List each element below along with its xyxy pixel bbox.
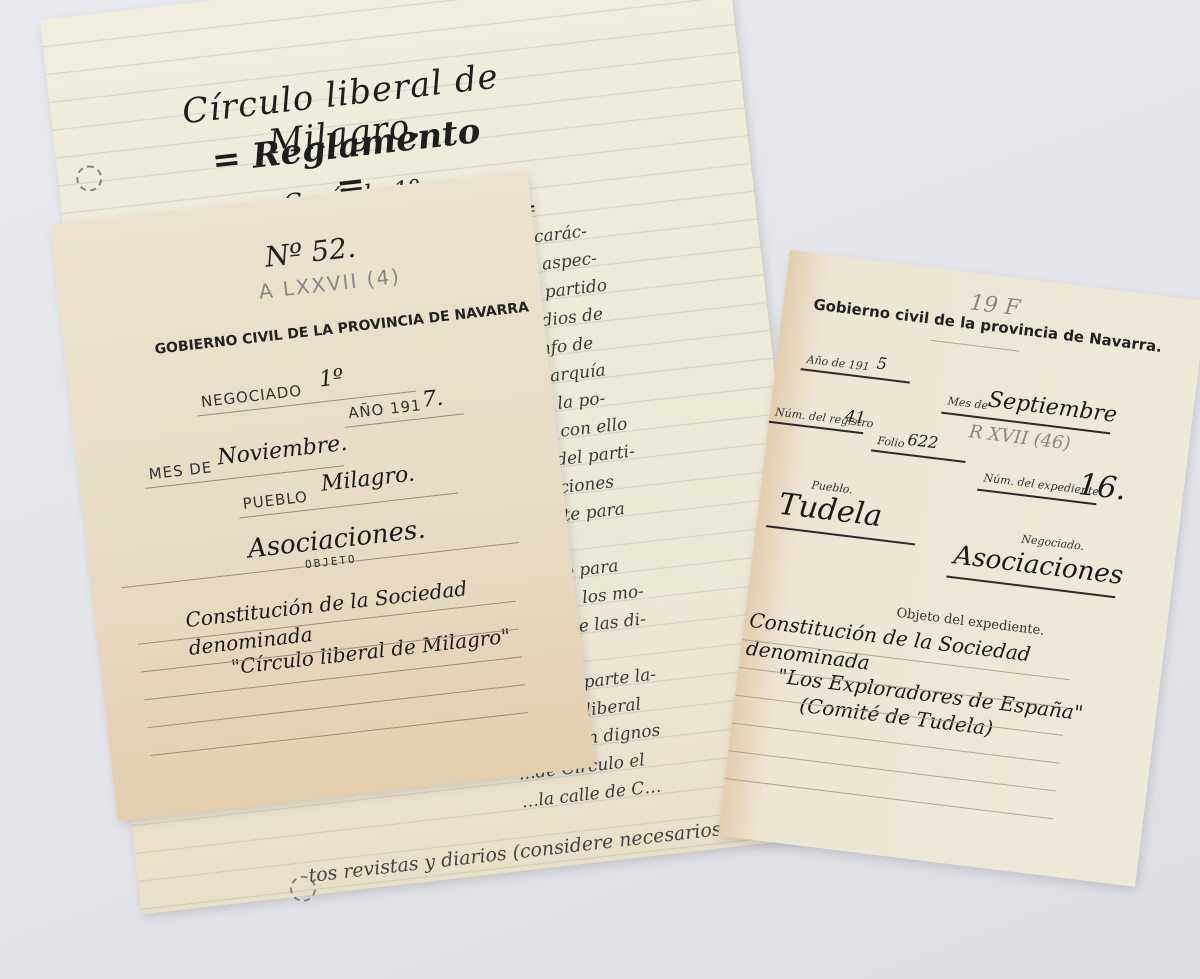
punch-hole-icon — [75, 164, 104, 193]
folio-value: 622 — [907, 430, 940, 453]
mes-value: Septiembre — [987, 387, 1119, 428]
folio-label: Folio — [877, 434, 906, 450]
mes-value: Noviembre. — [216, 431, 348, 471]
objeto-line: Constitución de la Sociedad — [184, 576, 468, 632]
card-header: GOBIERNO CIVIL DE LA PROVINCIA DE NAVARR… — [154, 299, 530, 358]
mes-label: Mes de — [947, 394, 989, 412]
registry-card-1915: 19 F Gobierno civil de la provincia de N… — [718, 250, 1200, 887]
manuscript-footer-line: tos revistas y diarios (considere necesa… — [307, 816, 741, 887]
negociado-value: Asociaciones — [952, 540, 1125, 591]
card-number: Nº 52. — [263, 231, 357, 274]
registro-value: 41 — [844, 406, 867, 427]
pueblo-label: PUEBLO — [242, 488, 309, 513]
negociado-label: NEGOCIADO — [200, 382, 303, 411]
field-line — [147, 684, 525, 728]
ano-value: 5 — [876, 354, 888, 374]
registry-card-1917: Nº 52. A LXXVII (4) GOBIERNO CIVIL DE LA… — [50, 171, 595, 821]
ano-value: 7. — [421, 386, 445, 413]
pueblo-value: Tudela — [777, 487, 884, 534]
mes-label: MES DE — [148, 458, 213, 483]
field-line — [871, 449, 966, 463]
field-line — [151, 712, 529, 756]
negociado-value: 1º — [318, 365, 345, 393]
header-underline — [930, 340, 1019, 352]
